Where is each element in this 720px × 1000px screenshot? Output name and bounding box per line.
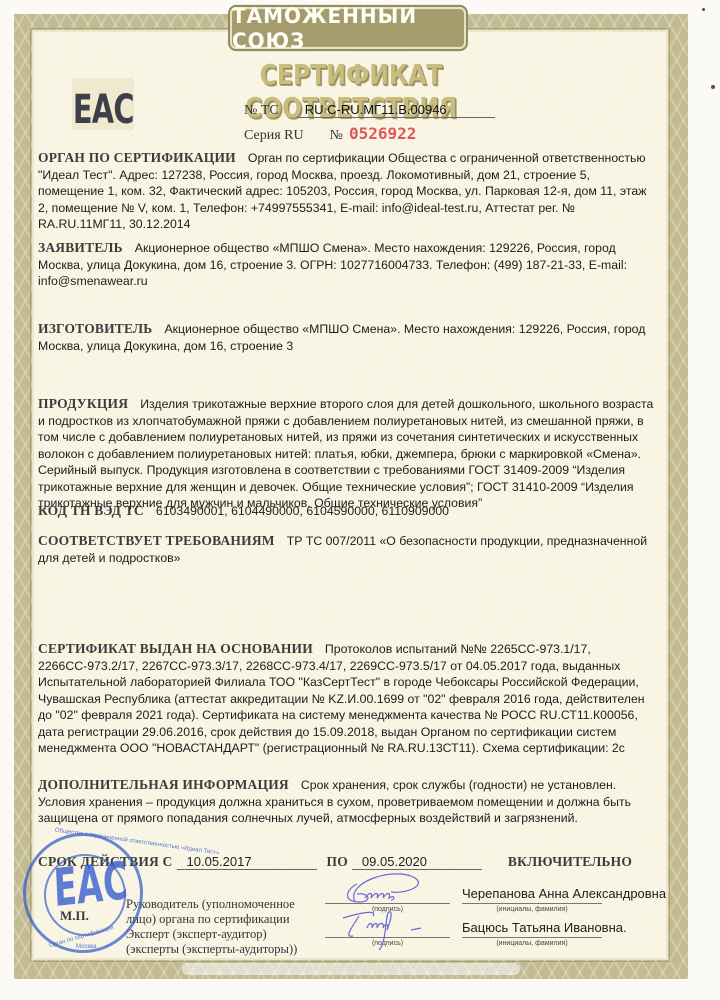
head-label-line-2: лицо) органа по сертификации — [126, 912, 295, 927]
validity-inclusive-label: ВКЛЮЧИТЕЛЬНО — [508, 854, 632, 870]
head-name-caption: (инициалы, фамилия) — [462, 906, 602, 913]
scan-dot — [711, 85, 715, 89]
eac-logo-icon: EAC — [73, 90, 134, 130]
number-label: № — [330, 128, 343, 144]
head-signatory-label: Руководитель (уполномоченное лицо) орган… — [126, 897, 295, 927]
section-conformity: СООТВЕТСТВУЕТ ТРЕБОВАНИЯМТР ТС 007/2011 … — [38, 533, 658, 566]
section-additional-info: ДОПОЛНИТЕЛЬНАЯ ИНФОРМАЦИЯСрок хранения, … — [38, 777, 658, 827]
scan-dot — [702, 8, 705, 11]
tc-number-row: № ТС RU C-RU.МГ11.В.00946 — [244, 102, 495, 119]
section-text: Акционерное общество «МПШО Смена». Место… — [38, 241, 627, 288]
section-products: ПРОДУКЦИЯИзделия трикотажные верхние вто… — [38, 396, 658, 512]
section-heading: СЕРТИФИКАТ ВЫДАН НА ОСНОВАНИИ — [38, 641, 313, 656]
seal-label: М.П. — [60, 908, 89, 924]
head-name-line — [462, 903, 602, 904]
series-row: Серия RU № 0526922 — [244, 124, 416, 144]
head-label-line-1: Руководитель (уполномоченное — [126, 897, 295, 912]
validity-date-from: 10.05.2017 — [177, 854, 317, 870]
printer-note: Бланк изготовлен ЗАО "ОПЦИОН", www.opcio… — [182, 963, 520, 975]
validity-to-label: ПО — [327, 854, 348, 870]
tc-number: RU C-RU.МГ11.В.00946 — [297, 102, 495, 118]
expert-name-line — [462, 937, 602, 938]
expert-label-line-1: Эксперт (эксперт-аудитор) — [126, 927, 297, 942]
serial-number: 0526922 — [349, 124, 416, 143]
section-heading: ДОПОЛНИТЕЛЬНАЯ ИНФОРМАЦИЯ — [38, 777, 289, 792]
expert-label-line-2: (эксперты (эксперты-аудиторы)) — [126, 942, 297, 957]
eac-logo: EAC — [72, 78, 134, 130]
section-text: Изделия трикотажные верхние второго слоя… — [38, 397, 653, 510]
section-applicant: ЗАЯВИТЕЛЬАкционерное общество «МПШО Смен… — [38, 240, 658, 290]
expert-name: Бацюсь Татьяна Ивановна. — [462, 920, 627, 935]
validity-date-to: 09.05.2020 — [352, 854, 482, 870]
section-basis: СЕРТИФИКАТ ВЫДАН НА ОСНОВАНИИПротоколов … — [38, 641, 658, 757]
expert-signature — [333, 906, 443, 946]
section-certification-body: ОРГАН ПО СЕРТИФИКАЦИИОрган по сертификац… — [38, 150, 658, 233]
expert-signatory-label: Эксперт (эксперт-аудитор) (эксперты (экс… — [126, 927, 297, 957]
section-heading: КОД ТН ВЭД ТС — [38, 503, 144, 518]
customs-union-banner: ТАМОЖЕННЫЙ СОЮЗ — [230, 7, 466, 49]
series-label: Серия RU — [244, 128, 304, 144]
section-heading: СООТВЕТСТВУЕТ ТРЕБОВАНИЯМ — [38, 533, 275, 548]
section-manufacturer: ИЗГОТОВИТЕЛЬАкционерное общество «МПШО С… — [38, 321, 658, 354]
section-text: Протоколов испытаний №№ 2265СС-973.1/17,… — [38, 642, 645, 755]
head-name: Черепанова Анна Александровна — [462, 886, 666, 901]
validity-period: СРОК ДЕЙСТВИЯ С 10.05.2017 ПО 09.05.2020… — [38, 854, 658, 870]
section-heading: ПРОДУКЦИЯ — [38, 396, 128, 411]
section-heading: ЗАЯВИТЕЛЬ — [38, 240, 123, 255]
section-heading: ИЗГОТОВИТЕЛЬ — [38, 321, 152, 336]
section-heading: ОРГАН ПО СЕРТИФИКАЦИИ — [38, 150, 236, 165]
tc-label: № ТС — [244, 103, 279, 119]
validity-from-label: СРОК ДЕЙСТВИЯ С — [38, 854, 173, 870]
expert-name-caption: (инициалы, фамилия) — [462, 940, 602, 947]
section-text: 6103490001, 6104490000, 6104590000, 6110… — [156, 504, 449, 518]
head-signature — [335, 872, 435, 906]
section-hs-code: КОД ТН ВЭД ТС6103490001, 6104490000, 610… — [38, 503, 658, 520]
